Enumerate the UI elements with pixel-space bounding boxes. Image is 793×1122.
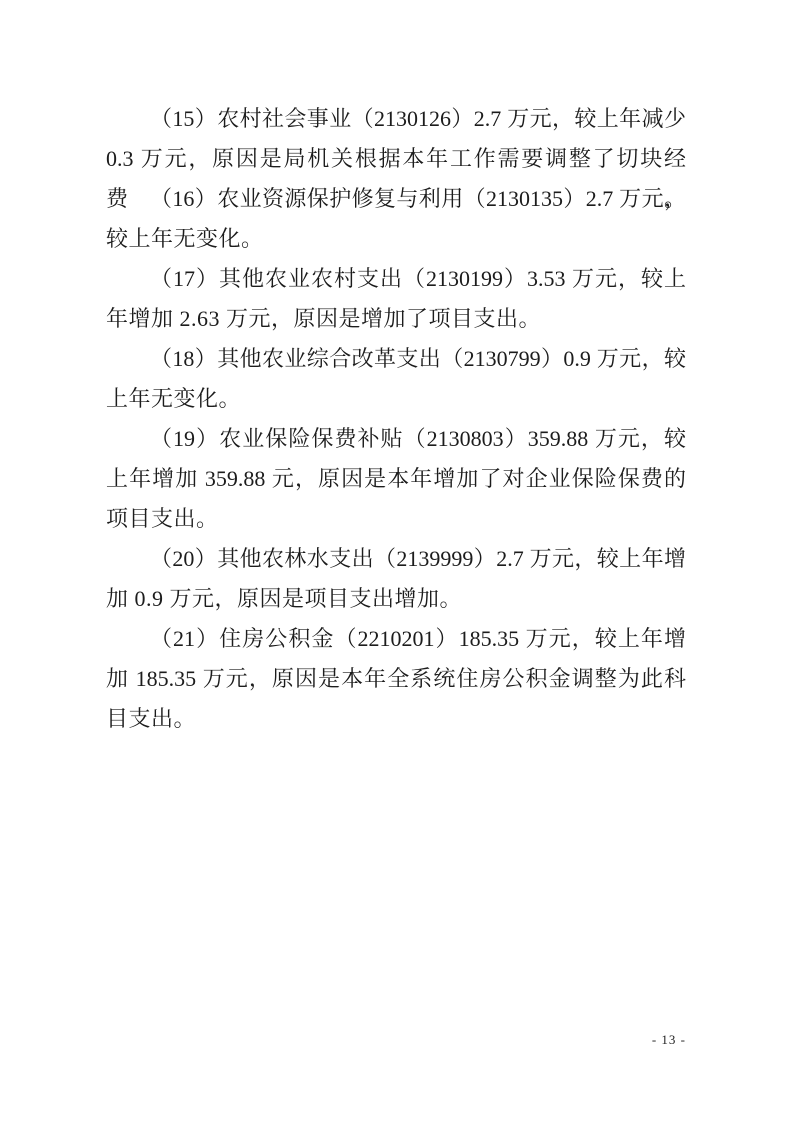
document-text-block: （15）农村社会事业（2130126）2.7 万元，较上年减少0.3 万元，原因… bbox=[106, 99, 686, 739]
text-line: （21）住房公积金（2210201）185.35 万元，较上年增 bbox=[106, 619, 686, 659]
text-line: 年增加 2.63 万元，原因是增加了项目支出。 bbox=[106, 299, 686, 339]
text-line: 较上年无变化。 bbox=[106, 219, 686, 259]
text-line: （19）农业保险保费补贴（2130803）359.88 万元，较 bbox=[106, 419, 686, 459]
text-line: 0.3 万元，原因是局机关根据本年工作需要调整了切块经费。 bbox=[106, 139, 686, 179]
text-line: 上年无变化。 bbox=[106, 379, 686, 419]
page-number: - 13 - bbox=[652, 1032, 686, 1047]
text-line: （18）其他农业综合改革支出（2130799）0.9 万元，较 bbox=[106, 339, 686, 379]
document-page: （15）农村社会事业（2130126）2.7 万元，较上年减少0.3 万元，原因… bbox=[0, 0, 793, 1122]
text-line: （16）农业资源保护修复与利用（2130135）2.7 万元， bbox=[106, 179, 686, 219]
text-line: 加 0.9 万元，原因是项目支出增加。 bbox=[106, 579, 686, 619]
text-line: （17）其他农业农村支出（2130199）3.53 万元，较上 bbox=[106, 259, 686, 299]
text-line: （15）农村社会事业（2130126）2.7 万元，较上年减少 bbox=[106, 99, 686, 139]
text-line: 加 185.35 万元，原因是本年全系统住房公积金调整为此科 bbox=[106, 659, 686, 699]
text-line: （20）其他农林水支出（2139999）2.7 万元，较上年增 bbox=[106, 539, 686, 579]
page-footer: - 13 - bbox=[566, 1030, 686, 1050]
text-line: 项目支出。 bbox=[106, 499, 686, 539]
text-line: 目支出。 bbox=[106, 699, 686, 739]
text-line: 上年增加 359.88 元，原因是本年增加了对企业保险保费的 bbox=[106, 459, 686, 499]
